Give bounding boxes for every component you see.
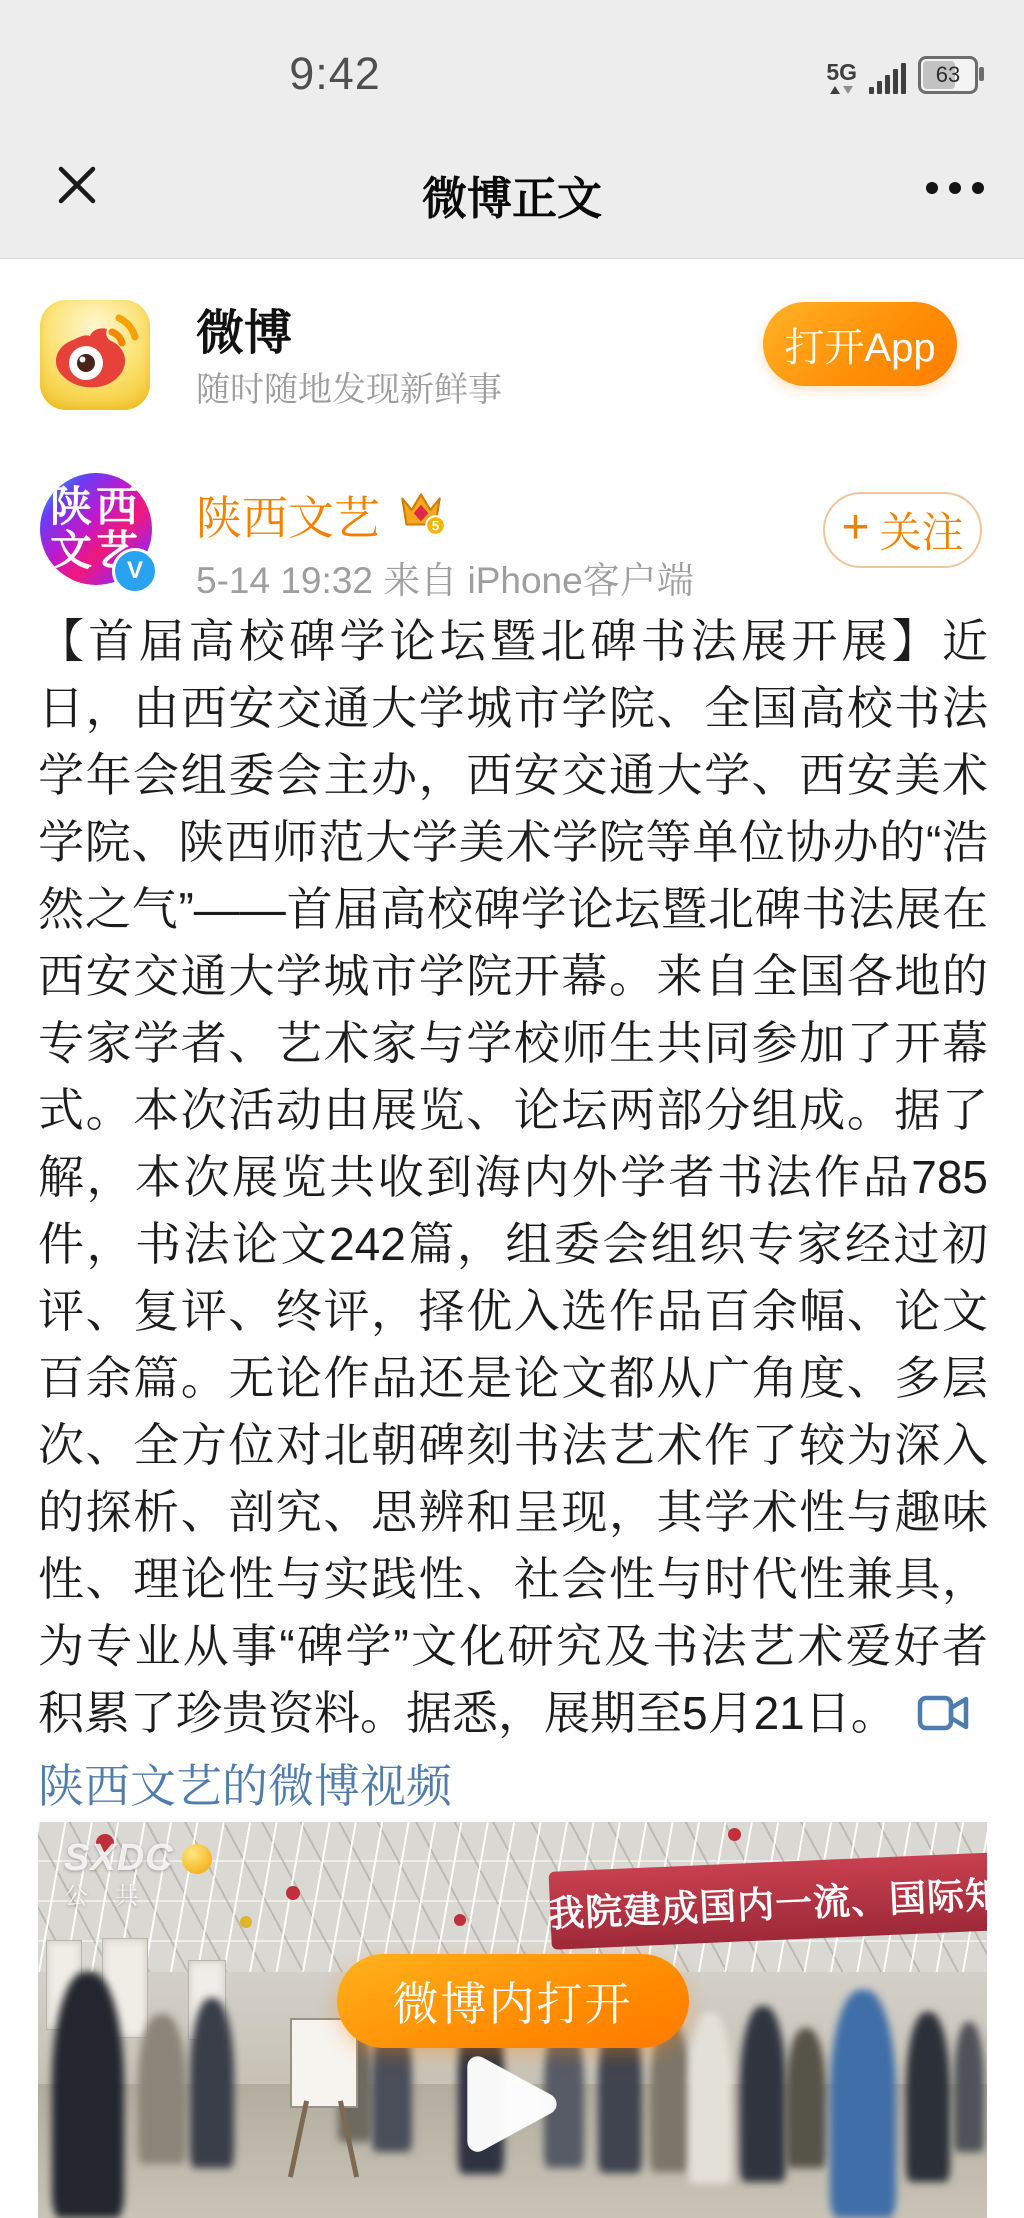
post-text-content: 【首届高校碑学论坛暨北碑书法展开展】近日，由西安交通大学城市学院、全国高校书法学… — [38, 615, 988, 1739]
author-name[interactable]: 陕西文艺 — [196, 482, 380, 548]
video-camera-icon[interactable] — [916, 1686, 970, 1753]
data-arrows-icon — [830, 86, 853, 94]
weibo-app-logo-icon — [40, 300, 150, 410]
weibo-video-link[interactable]: 陕西文艺的微博视频 — [38, 1760, 452, 1812]
more-menu-icon[interactable] — [926, 182, 984, 194]
person-figure — [740, 2006, 786, 2182]
status-icons: 5G 63 — [826, 52, 978, 94]
battery-icon: 63 — [918, 56, 978, 94]
person-figure — [954, 2022, 984, 2152]
post-text: 【首届高校碑学论坛暨北碑书法展开展】近日，由西安交通大学城市学院、全国高校书法学… — [38, 608, 988, 1820]
tv-logo-dot-icon — [182, 1844, 212, 1874]
lantern-decoration — [454, 1914, 466, 1926]
play-icon[interactable] — [463, 2050, 563, 2163]
plus-icon: + — [841, 504, 869, 552]
vip-crown-icon: 5 — [394, 484, 448, 538]
person-figure — [688, 2012, 732, 2184]
person-figure — [138, 2014, 186, 2164]
verified-badge-icon: V — [112, 548, 158, 594]
follow-button[interactable]: + 关注 — [823, 492, 982, 568]
lantern-decoration — [728, 1828, 741, 1841]
status-and-nav-bar: 9:42 5G 63 微博正文 — [0, 0, 1024, 259]
network-type-icon: 5G — [826, 61, 857, 94]
weibo-tagline: 随时随地发现新鲜事 — [196, 362, 502, 411]
svg-text:5: 5 — [432, 519, 440, 534]
person-figure — [830, 1990, 896, 2218]
video-thumbnail[interactable]: 把我院建成国内一流、国际知名 SXDC 公 共 微博内打开 — [38, 1822, 987, 2218]
person-figure — [190, 1998, 234, 2168]
person-figure — [786, 2028, 826, 2168]
tv-watermark: SXDC 公 共 — [64, 1838, 212, 1910]
person-figure — [906, 2012, 950, 2182]
person-figure — [52, 1972, 124, 2218]
signal-strength-icon — [869, 62, 906, 94]
close-icon[interactable] — [56, 164, 98, 206]
weibo-app-name: 微博 — [196, 294, 292, 363]
lantern-decoration — [286, 1886, 300, 1900]
open-app-button[interactable]: 打开App — [763, 302, 957, 386]
post-timestamp-source: 5-14 19:32 来自 iPhone客户端 — [196, 550, 694, 604]
open-in-weibo-button[interactable]: 微博内打开 — [337, 1954, 689, 2048]
page-title: 微博正文 — [0, 162, 1024, 227]
lantern-decoration — [240, 1916, 252, 1928]
clock-time: 9:42 — [289, 48, 381, 100]
